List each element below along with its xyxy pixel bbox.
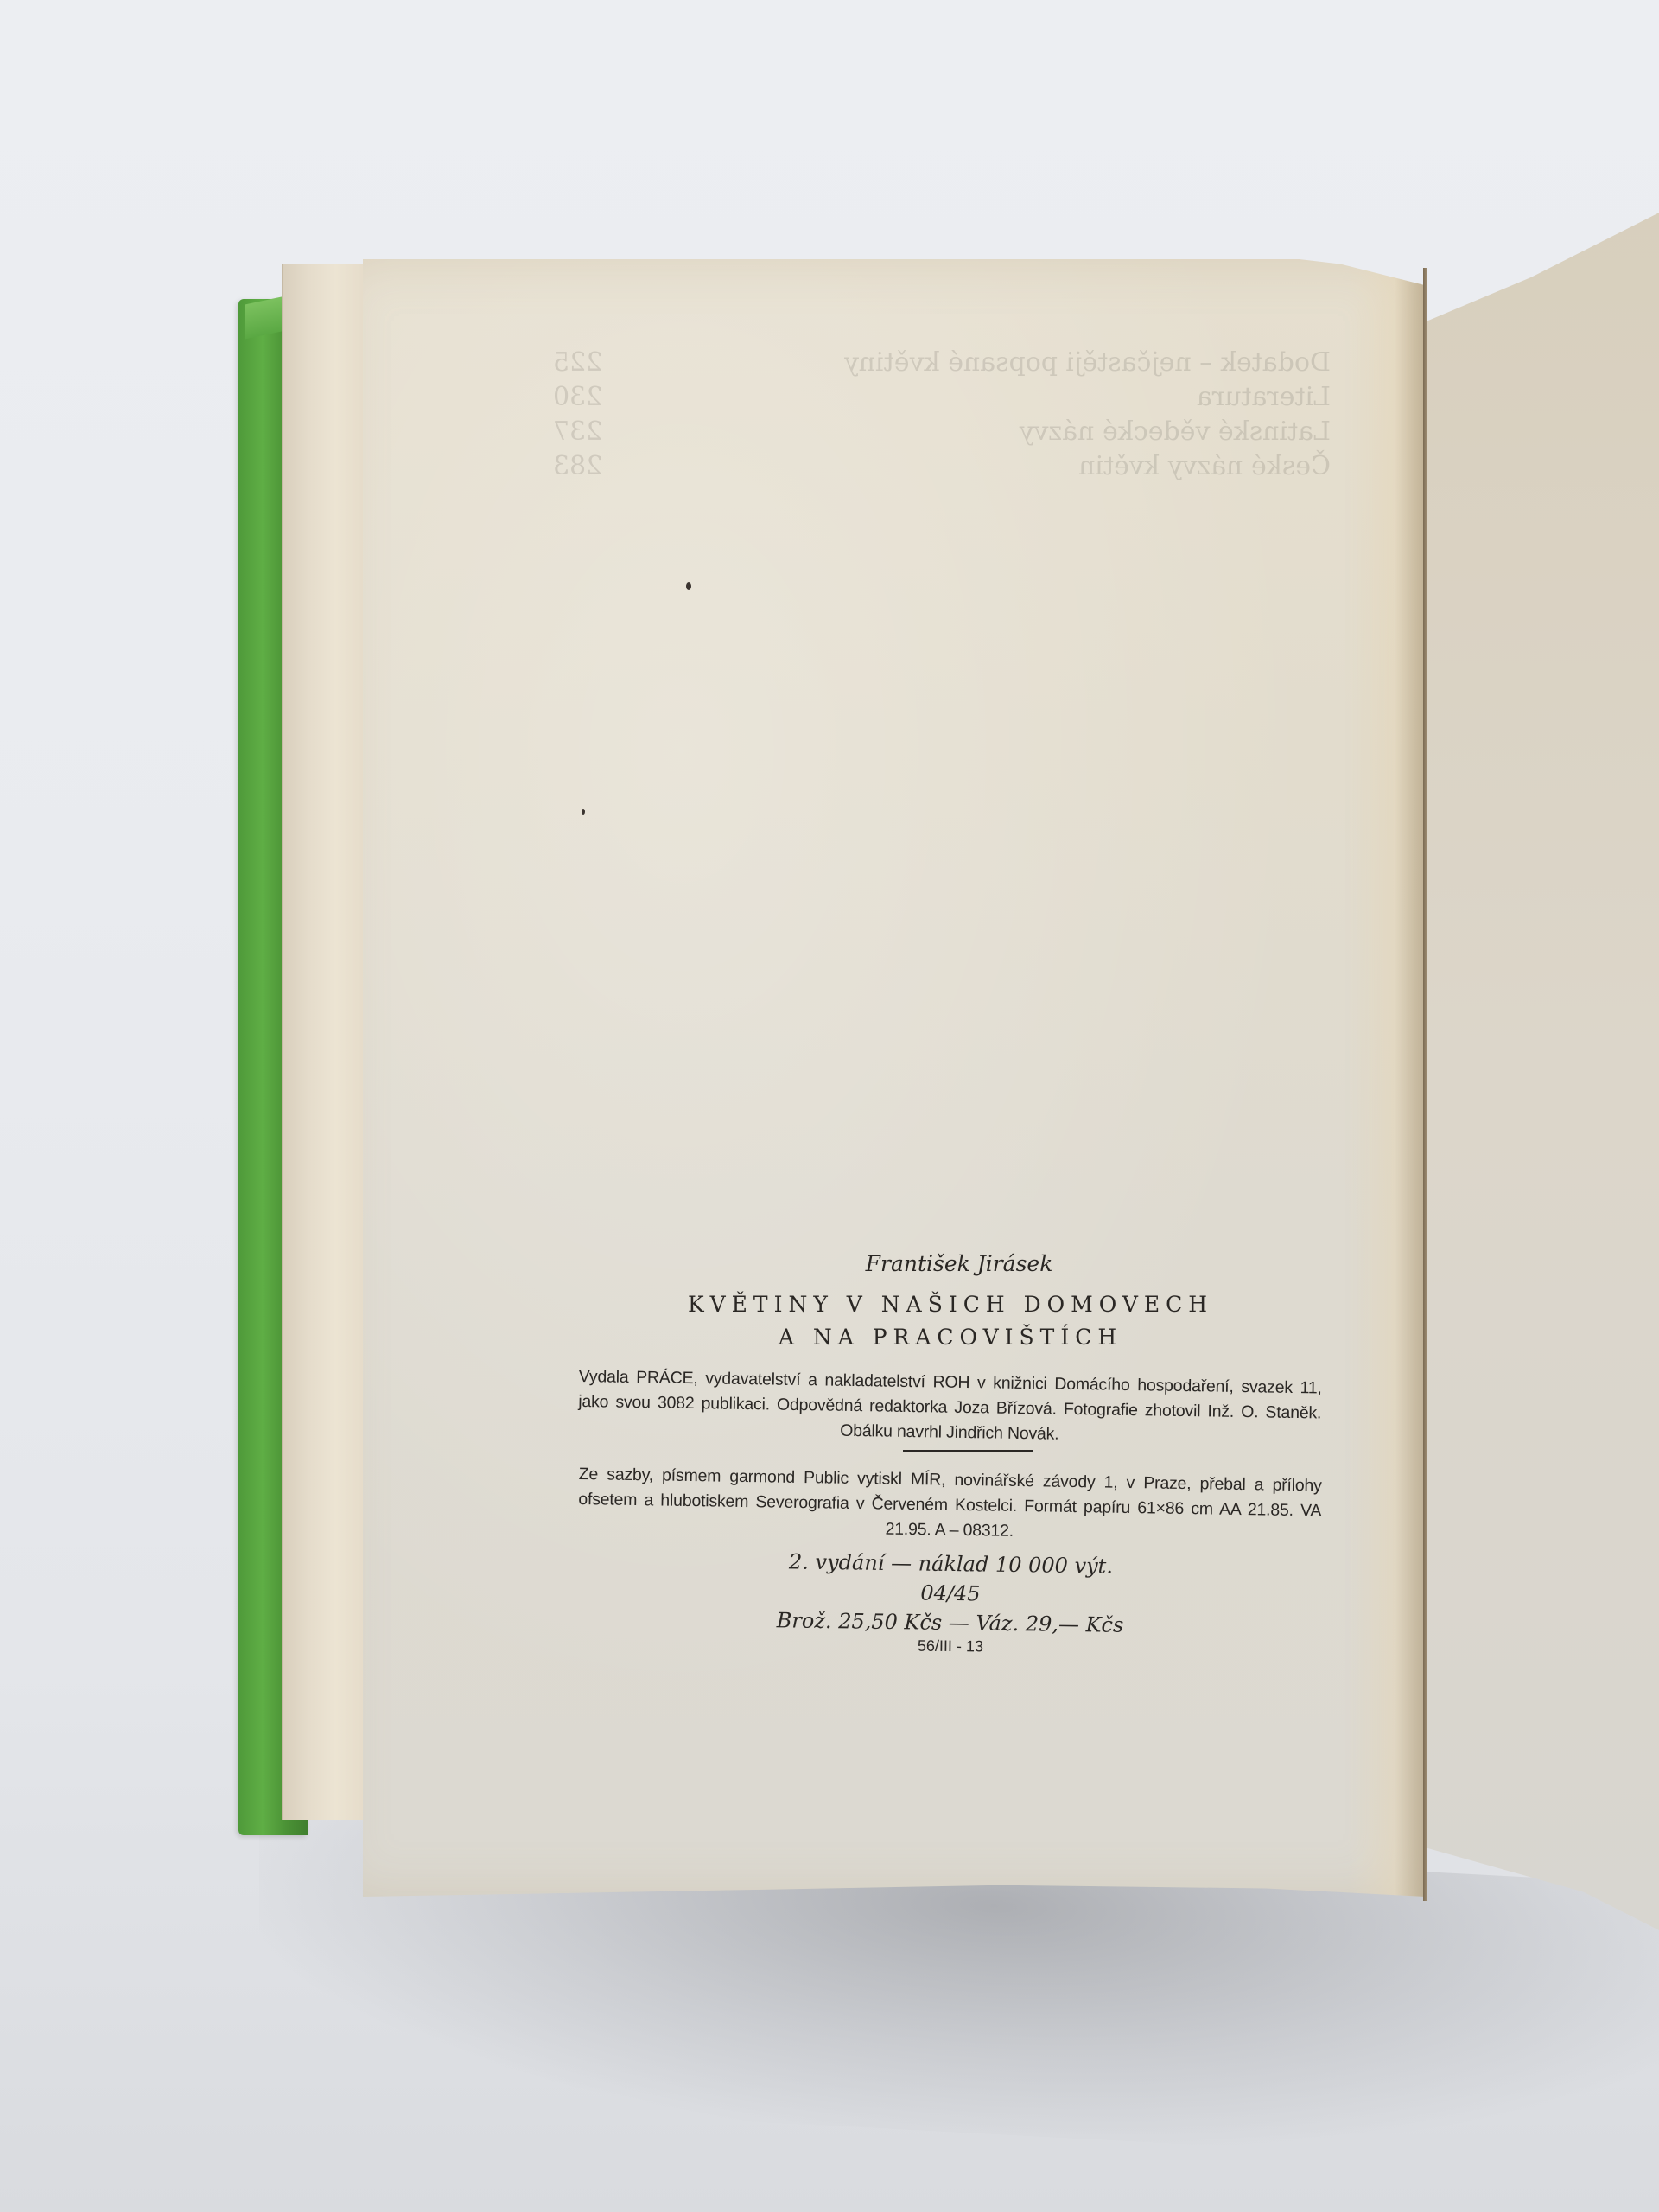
colophon: František Jirásek KVĚTINY V NAŠICH DOMOV…	[579, 1251, 1322, 1656]
book-gutter	[1423, 268, 1427, 1901]
book-title: KVĚTINY V NAŠICH DOMOVECH A NA PRACOVIŠT…	[579, 1288, 1322, 1354]
ghost-row: Literatura 230	[553, 380, 1331, 415]
author-name: František Jirásek	[596, 1251, 1322, 1276]
paper-speck	[686, 582, 691, 590]
printing-info: Ze sazby, písmem garmond Public vytiskl …	[578, 1462, 1322, 1548]
ghost-row: České názvy květin 283	[553, 449, 1331, 484]
title-line-1: KVĚTINY V NAŠICH DOMOVECH	[579, 1288, 1322, 1321]
paper-speck	[582, 809, 585, 815]
show-through-contents: Dodatek – nejčastěji popsané květiny 225…	[553, 346, 1331, 484]
ghost-row: Dodatek – nejčastěji popsané květiny 225	[553, 346, 1331, 380]
divider-rule	[903, 1450, 1033, 1452]
right-page	[1427, 199, 1659, 1944]
title-line-2: A NA PRACOVIŠTÍCH	[579, 1321, 1322, 1354]
edition-info: 2. vydání — náklad 10 000 výt. 04/45 Bro…	[578, 1544, 1322, 1643]
ghost-row: Latinské vědecké názvy 237	[553, 415, 1331, 449]
publisher-info: Vydala PRÁCE, vydavatelství a nakladatel…	[578, 1364, 1322, 1451]
page-edges	[282, 264, 370, 1820]
photo-scene: Dodatek – nejčastěji popsané květiny 225…	[0, 0, 1659, 2212]
